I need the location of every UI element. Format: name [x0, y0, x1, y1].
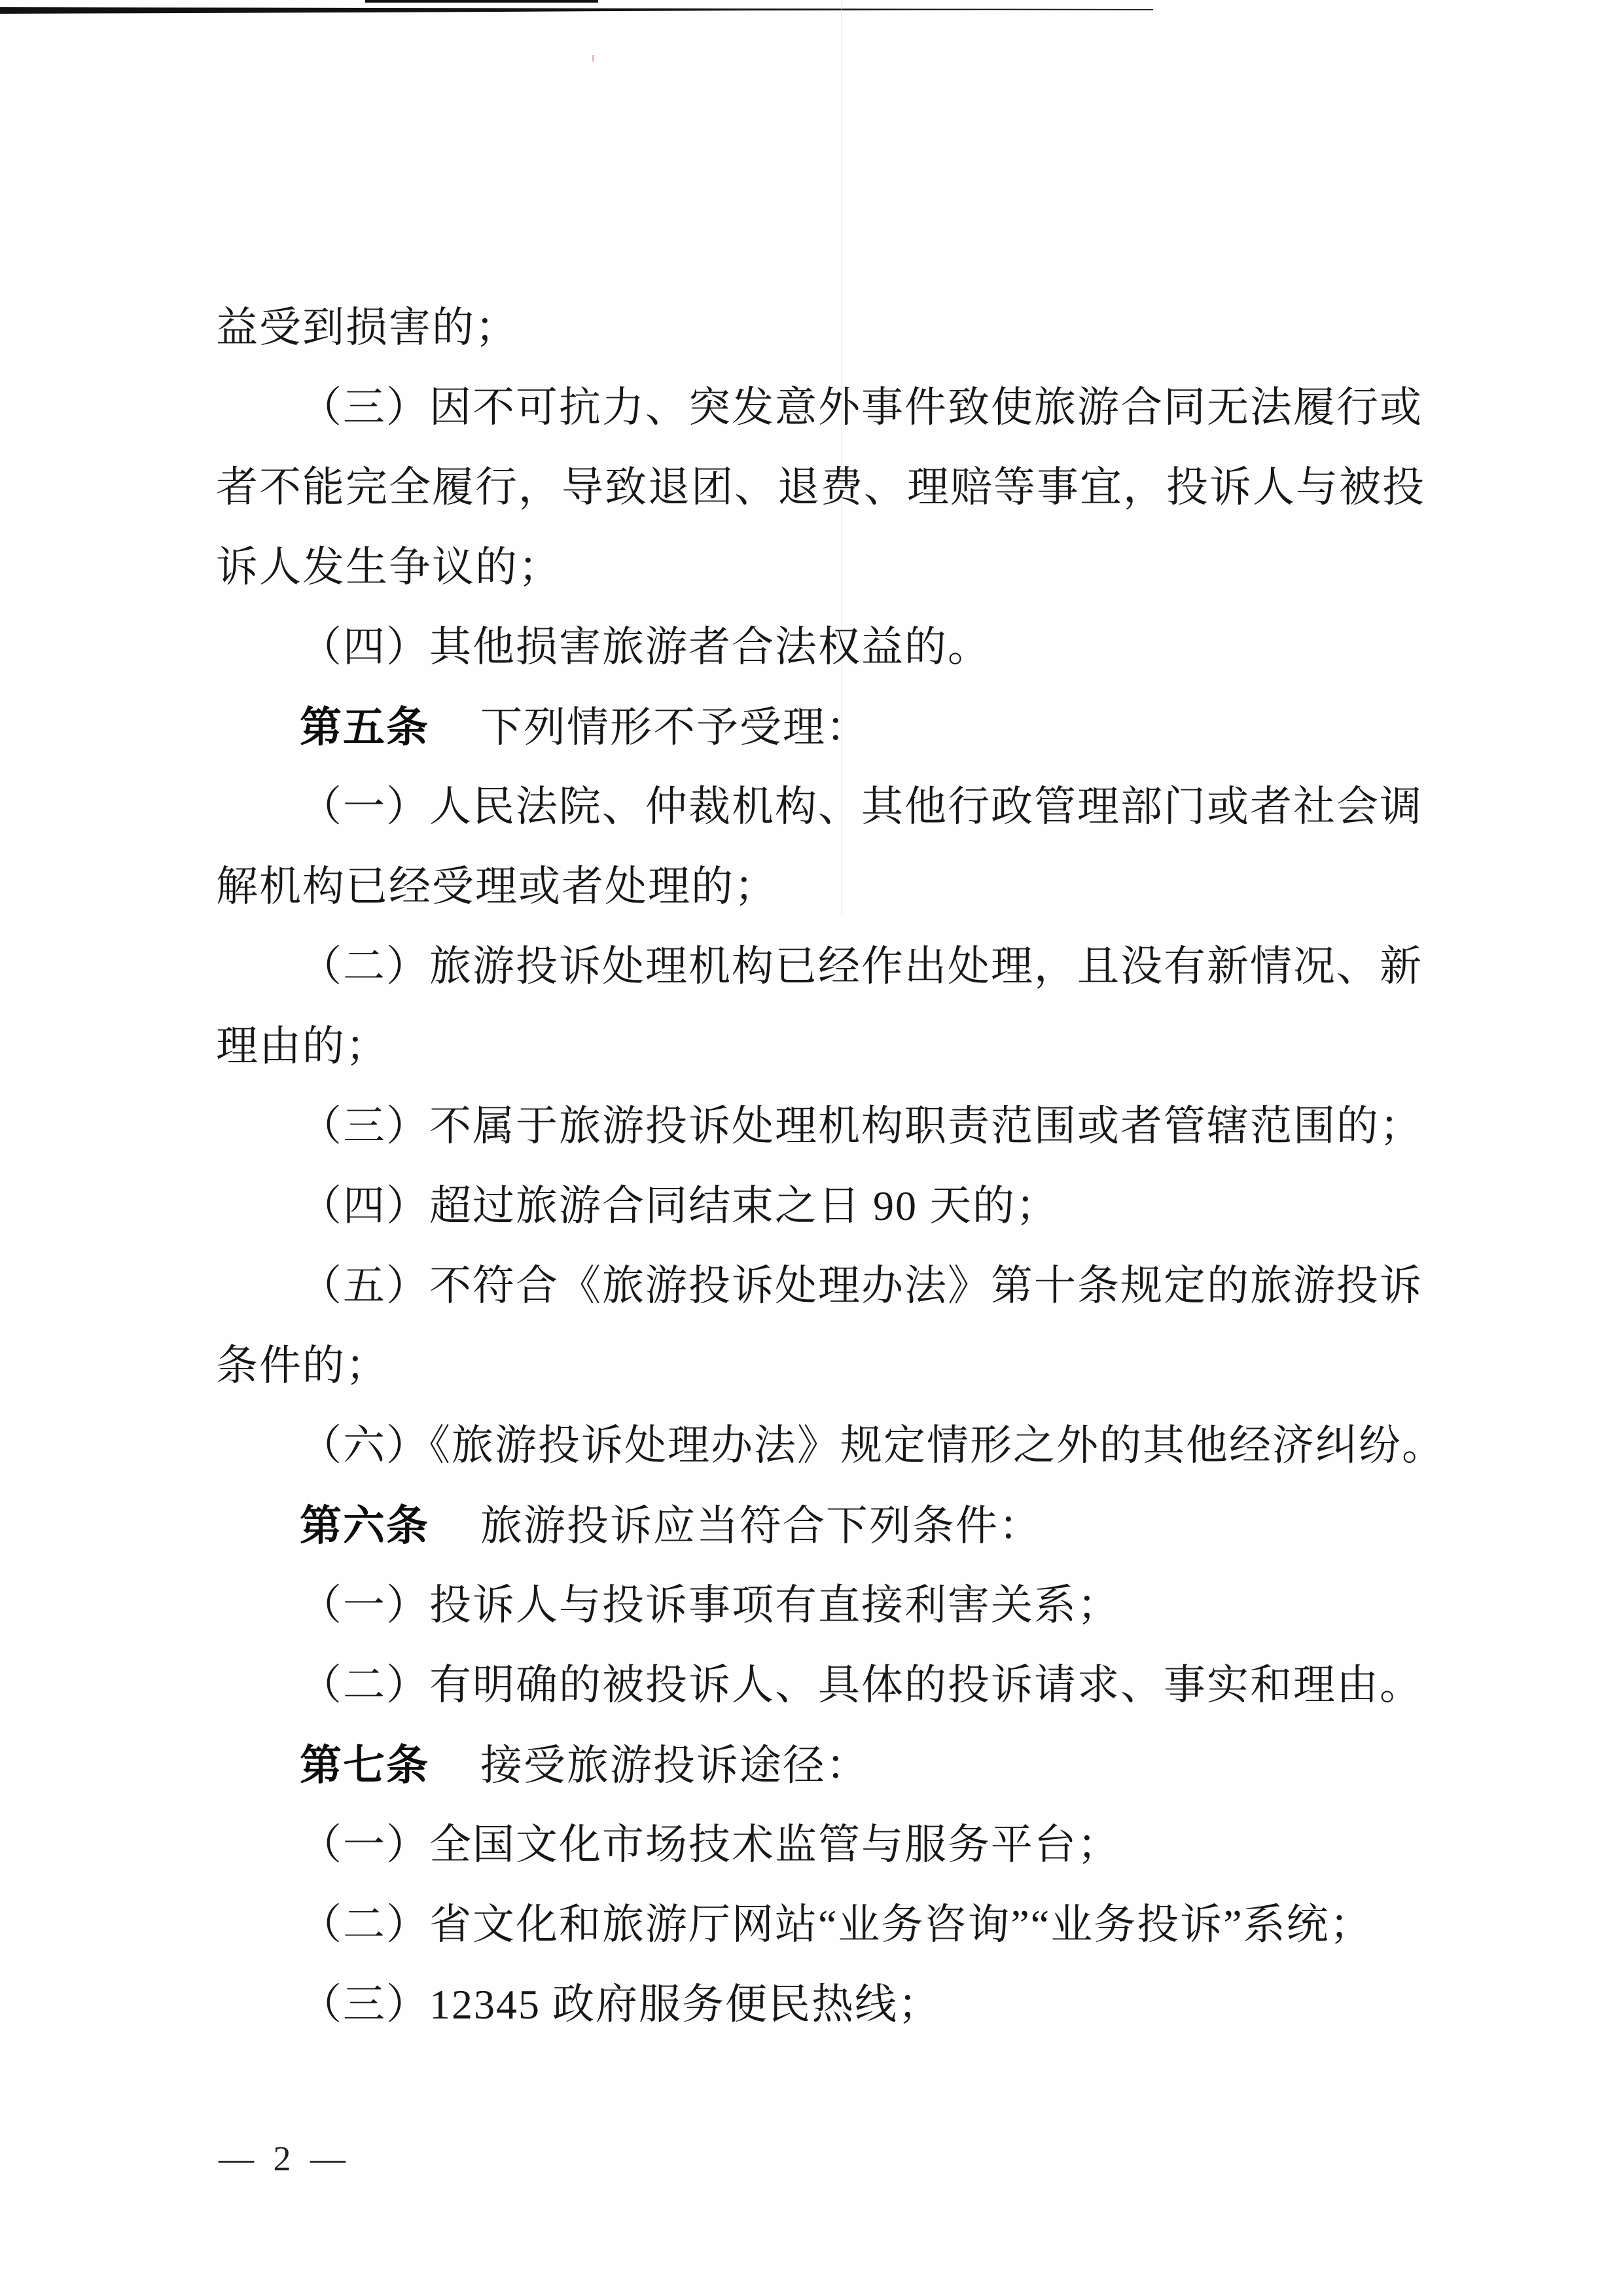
text-line: （一）人民法院、仲裁机构、其他行政管理部门或者社会调: [216, 767, 1459, 847]
text-line: （一）投诉人与投诉事项有直接利害关系；: [216, 1566, 1459, 1645]
line-text: （四）超过旅游合同结束之日 90 天的；: [300, 1183, 1059, 1229]
text-line: 益受到损害的；: [216, 288, 1459, 368]
text-line: （三）因不可抗力、突发意外事件致使旅游合同无法履行或: [216, 368, 1459, 448]
line-text: （六）《旅游投诉处理办法》规定情形之外的其他经济纠纷。: [300, 1422, 1445, 1469]
line-text: 益受到损害的；: [216, 304, 518, 351]
document-page: 益受到损害的； （三）因不可抗力、突发意外事件致使旅游合同无法履行或 者不能完全…: [0, 0, 1623, 2296]
line-text: （一）全国文化市场技术监管与服务平台；: [300, 1821, 1120, 1868]
text-line: 第六条 旅游投诉应当符合下列条件：: [216, 1486, 1459, 1566]
text-line: （五）不符合《旅游投诉处理办法》第十条规定的旅游投诉: [216, 1246, 1459, 1326]
text-line: 诉人发生争议的；: [216, 528, 1459, 607]
line-text: （四）其他损害旅游者合法权益的。: [300, 624, 991, 670]
scan-artifact-top: [0, 0, 1623, 39]
article-number-label: 第五条: [300, 704, 429, 751]
line-text: （三）不属于旅游投诉处理机构职责范围或者管辖范围的；: [300, 1103, 1423, 1149]
document-lines: 益受到损害的； （三）因不可抗力、突发意外事件致使旅游合同无法履行或 者不能完全…: [216, 288, 1459, 2045]
text-line: （二）省文化和旅游厅网站“业务咨询”“业务投诉”系统；: [216, 1885, 1459, 1965]
text-line: （四）其他损害旅游者合法权益的。: [216, 607, 1459, 687]
line-text: 理由的；: [216, 1023, 389, 1069]
text-line: （二）旅游投诉处理机构已经作出处理，且没有新情况、新: [216, 927, 1459, 1007]
line-text: 接受旅游投诉途径：: [480, 1742, 869, 1789]
text-line: （三）不属于旅游投诉处理机构职责范围或者管辖范围的；: [216, 1086, 1459, 1166]
text-line: 者不能完全履行，导致退团、退费、理赔等事宜，投诉人与被投: [216, 448, 1459, 528]
line-text: （二）旅游投诉处理机构已经作出处理，且没有新情况、新: [300, 943, 1423, 990]
line-text: （二）有明确的被投诉人、具体的投诉请求、事实和理由。: [300, 1662, 1423, 1708]
line-text: 条件的；: [216, 1342, 389, 1389]
line-text: 解机构已经受理或者处理的；: [216, 863, 777, 910]
line-text: （一）投诉人与投诉事项有直接利害关系；: [300, 1582, 1120, 1628]
text-line: （一）全国文化市场技术监管与服务平台；: [216, 1805, 1459, 1885]
line-text: （二）省文化和旅游厅网站“业务咨询”“业务投诉”系统；: [300, 1901, 1373, 1948]
line-text: （三）因不可抗力、突发意外事件致使旅游合同无法履行或: [300, 384, 1423, 431]
line-text: 诉人发生争议的；: [216, 544, 562, 590]
line-text: 旅游投诉应当符合下列条件：: [480, 1503, 1042, 1549]
page-number: — 2 —: [219, 2139, 351, 2178]
article-number-label: 第七条: [300, 1742, 429, 1789]
article-number-label: 第六条: [300, 1502, 429, 1549]
text-line: （六）《旅游投诉处理办法》规定情形之外的其他经济纠纷。: [216, 1406, 1459, 1486]
text-line: 第五条 下列情形不予受理：: [216, 687, 1459, 767]
text-line: 第七条 接受旅游投诉途径：: [216, 1725, 1459, 1805]
line-text: （三）12345 政府服务便民热线；: [300, 1981, 941, 2028]
text-line: 理由的；: [216, 1007, 1459, 1086]
line-text: 者不能完全履行，导致退团、退费、理赔等事宜，投诉人与被投: [216, 464, 1425, 511]
scan-speck: [592, 55, 594, 62]
text-line: （四）超过旅游合同结束之日 90 天的；: [216, 1166, 1459, 1246]
text-line: （二）有明确的被投诉人、具体的投诉请求、事实和理由。: [216, 1645, 1459, 1725]
text-line: 条件的；: [216, 1326, 1459, 1406]
line-text: （一）人民法院、仲裁机构、其他行政管理部门或者社会调: [300, 783, 1423, 830]
text-line: （三）12345 政府服务便民热线；: [216, 1965, 1459, 2045]
line-text: 下列情形不予受理：: [480, 704, 869, 751]
line-text: （五）不符合《旅游投诉处理办法》第十条规定的旅游投诉: [300, 1263, 1423, 1309]
text-line: 解机构已经受理或者处理的；: [216, 847, 1459, 927]
